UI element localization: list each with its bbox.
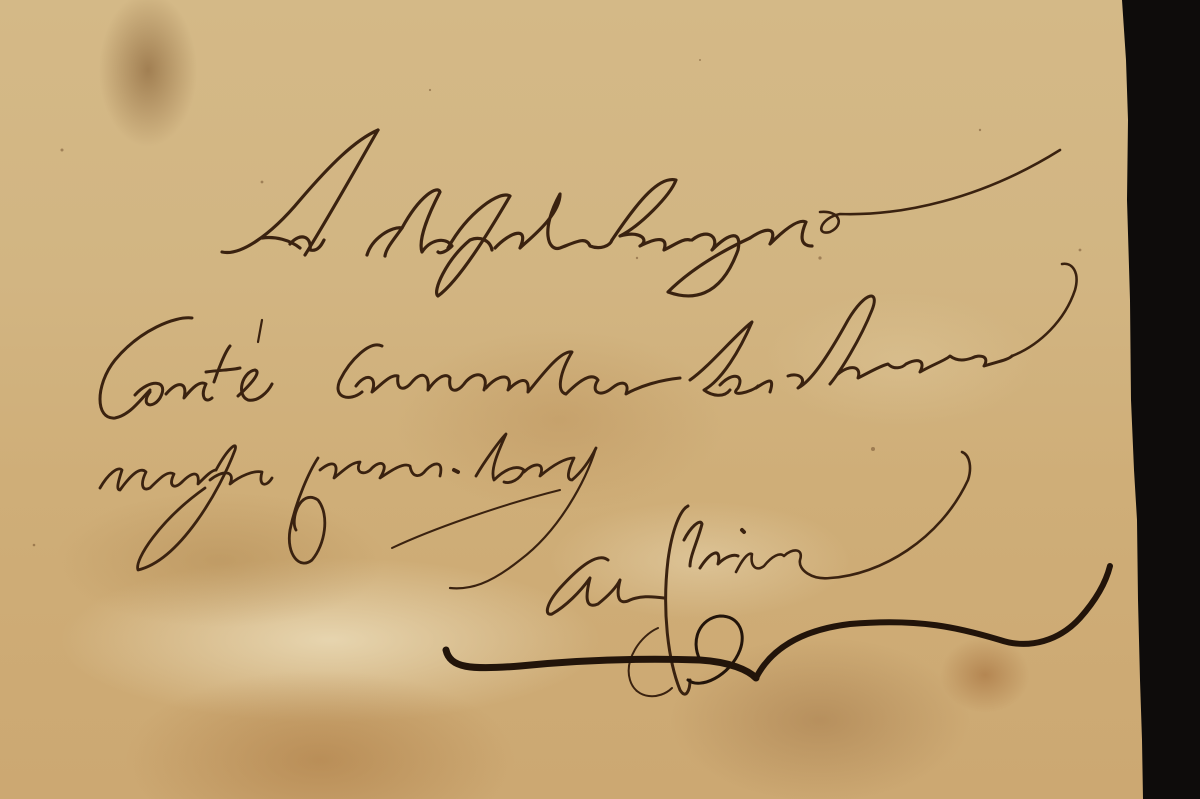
line-maison-cassim-bey <box>100 434 596 588</box>
line-au-chef-de-brigade <box>222 130 1060 296</box>
line-conte-commandant-les-aerostiers <box>100 264 1077 418</box>
underline-flourish <box>446 566 1110 683</box>
handwriting <box>0 0 1200 799</box>
paper-sheet <box>0 0 1200 799</box>
paper-speckles <box>33 59 1082 546</box>
